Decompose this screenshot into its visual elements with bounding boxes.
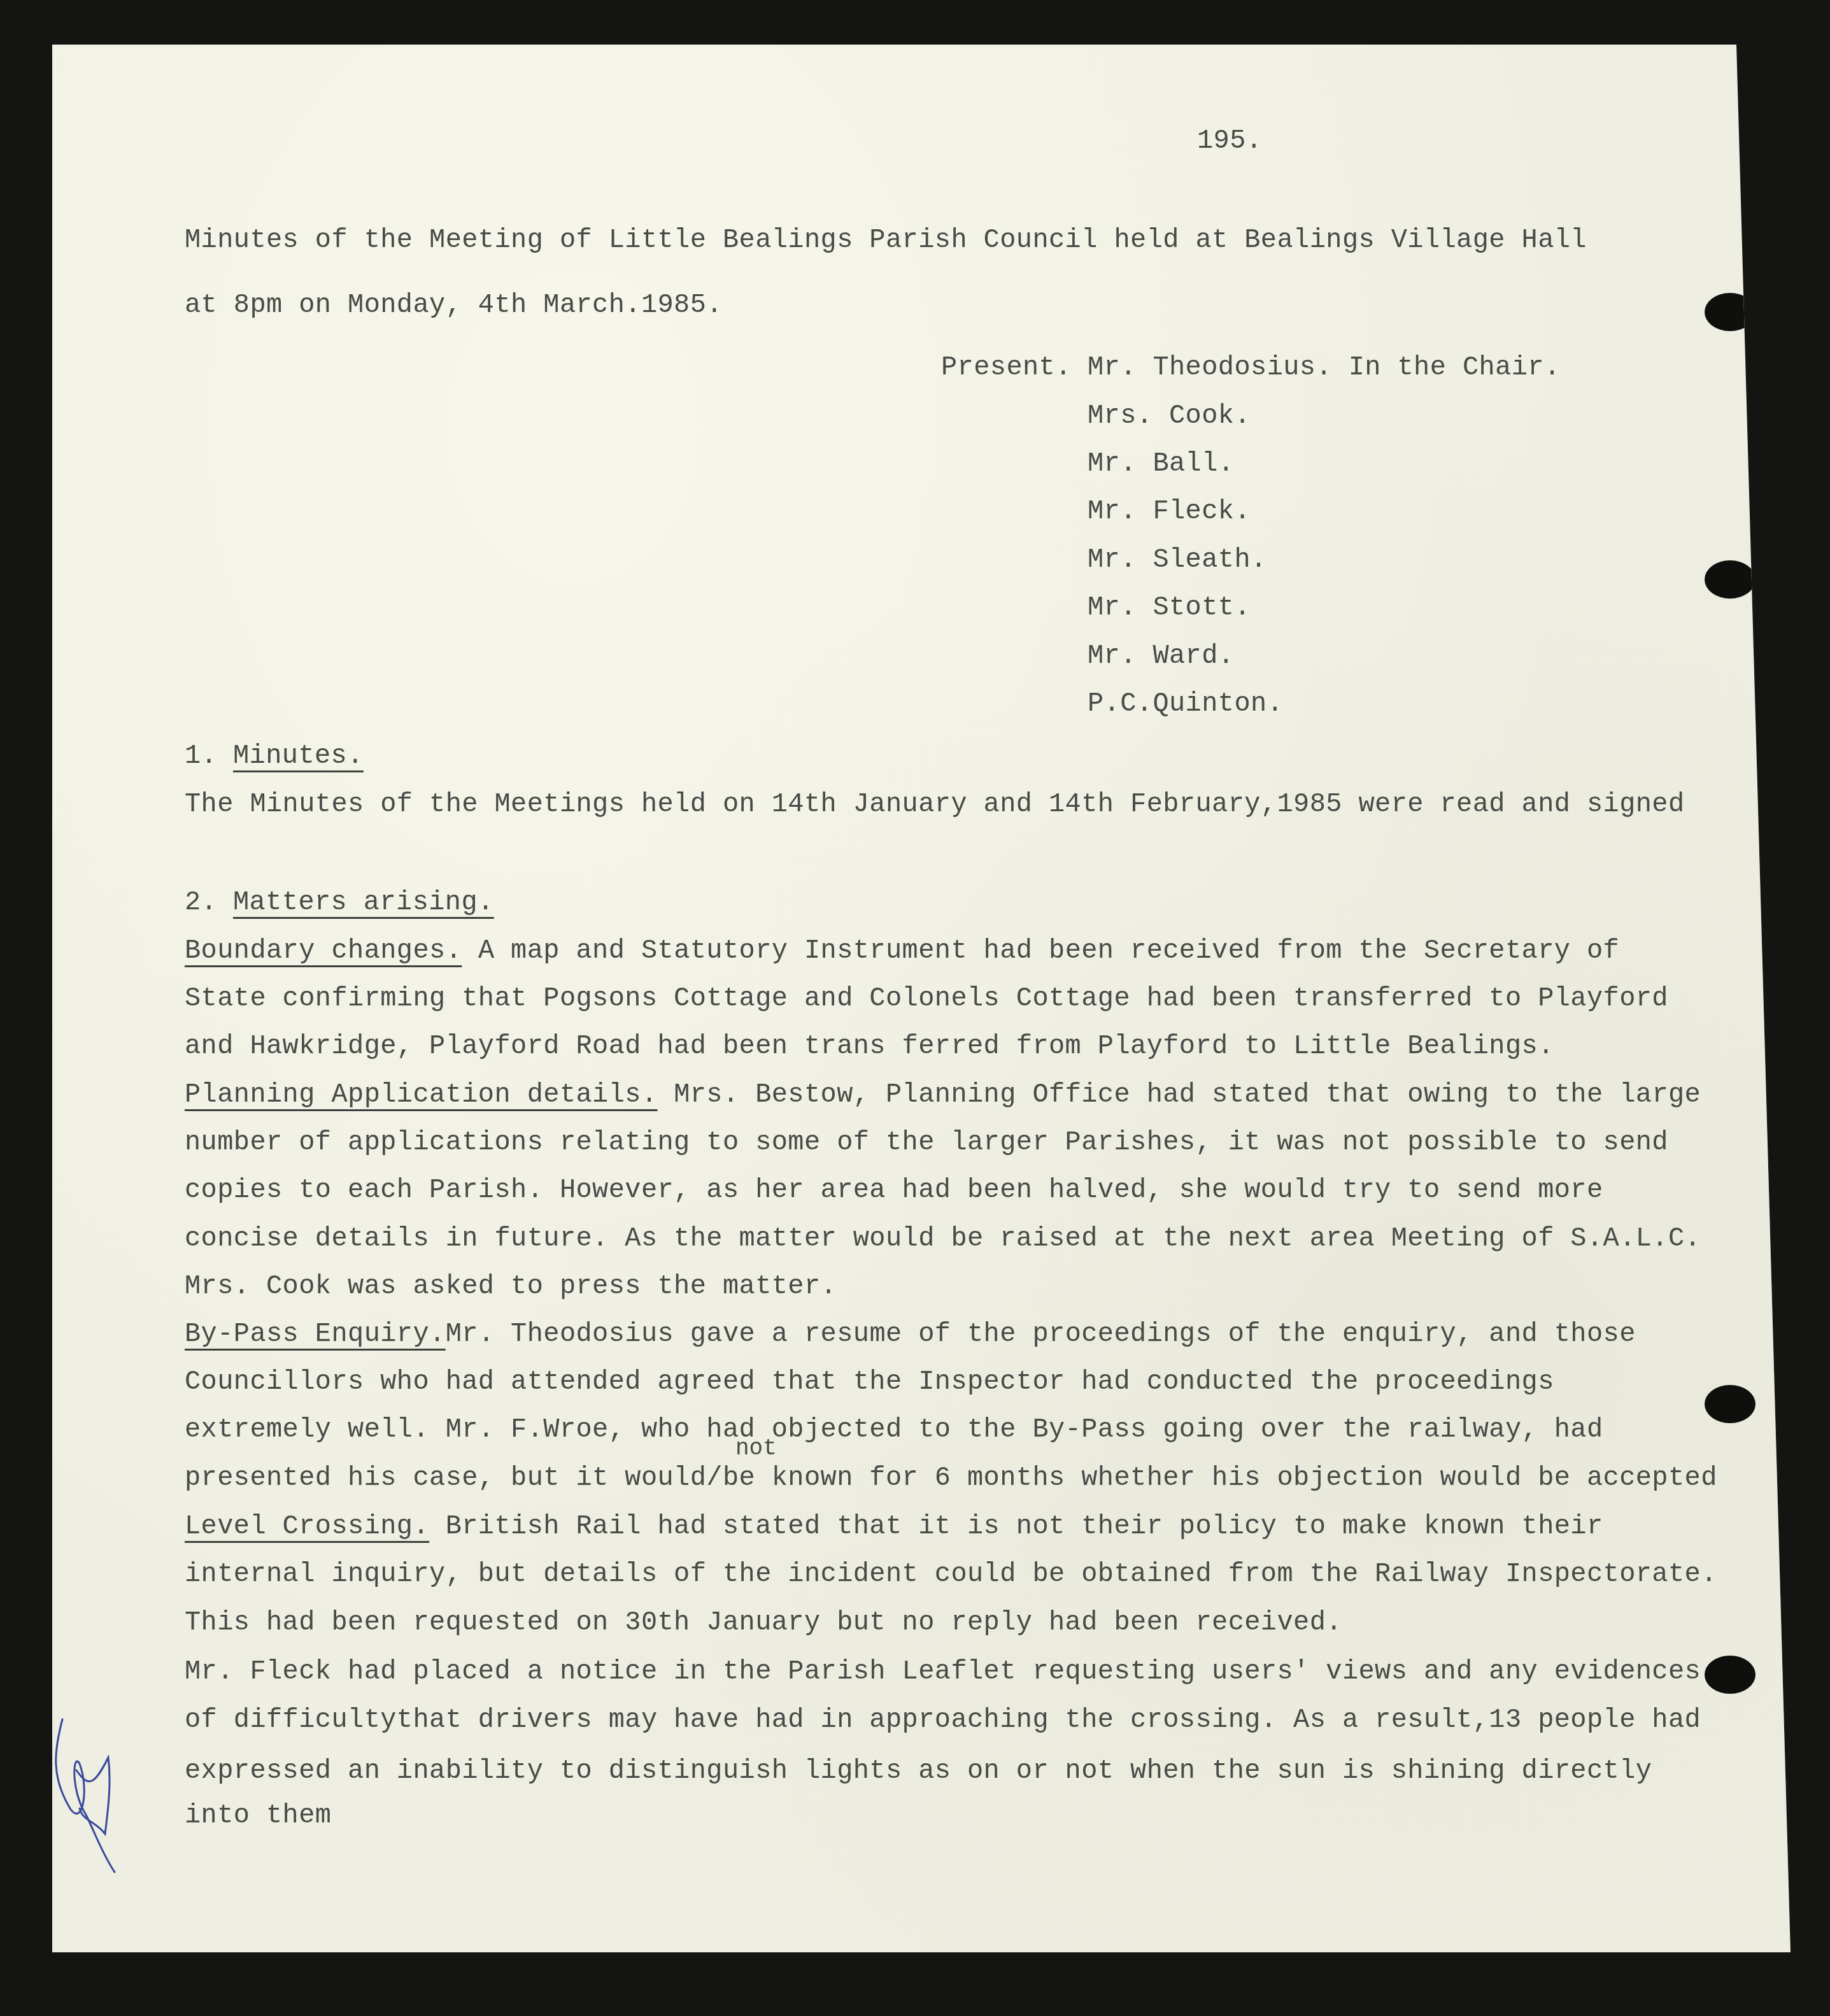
body-line: presented his case, but it would/be know… — [185, 1465, 1717, 1491]
punch-hole — [1705, 1656, 1756, 1694]
title-line-1: Minutes of the Meeting of Little Bealing… — [185, 227, 1587, 253]
body-line: copies to each Parish. However, as her a… — [185, 1177, 1603, 1203]
item-heading-planning: Planning Application details. — [185, 1079, 658, 1110]
section-number: 2. — [185, 889, 217, 916]
section-number: 1. — [185, 742, 217, 769]
body-line: and Hawkridge, Playford Road had been tr… — [185, 1033, 1554, 1060]
level-crossing-line-1: Level Crossing. British Rail had stated … — [185, 1513, 1603, 1540]
punch-hole — [1705, 560, 1756, 599]
handwritten-initials — [51, 1713, 127, 1878]
body-line: State confirming that Pogsons Cottage an… — [185, 985, 1668, 1012]
attendance-member: Mr. Ward. — [1088, 642, 1234, 669]
attendance-member: Mrs. Cook. — [1088, 402, 1251, 429]
item-heading-bypass: By-Pass Enquiry. — [185, 1319, 446, 1349]
section-heading-matters-arising: Matters arising. — [233, 889, 494, 916]
body-text: A map and Statutory Instrument had been … — [462, 935, 1619, 966]
attendance-chair: Mr. Theodosius. In the Chair. — [1088, 354, 1561, 381]
body-line: internal inquiry, but details of the inc… — [185, 1561, 1717, 1587]
body-line: of difficultythat drivers may have had i… — [185, 1707, 1701, 1733]
attendance-label: Present. — [941, 354, 1072, 381]
item-heading-boundary: Boundary changes. — [185, 935, 462, 966]
title-line-2: at 8pm on Monday, 4th March.1985. — [185, 292, 723, 318]
body-text: Mrs. Bestow, Planning Office had stated … — [658, 1079, 1701, 1110]
attendance-member: Mr. Sleath. — [1088, 546, 1267, 573]
body-line: extremely well. Mr. F.Wroe, who had obje… — [185, 1416, 1603, 1443]
attendance-member: Mr. Stott. — [1088, 594, 1251, 621]
body-line: into them — [185, 1802, 331, 1829]
section-heading-minutes: Minutes. — [233, 742, 364, 769]
planning-line-1: Planning Application details. Mrs. Besto… — [185, 1081, 1701, 1108]
body-line: expressed an inability to distinguish li… — [185, 1757, 1652, 1784]
body-line: The Minutes of the Meetings held on 14th… — [185, 791, 1685, 818]
item-heading-level-crossing: Level Crossing. — [185, 1511, 429, 1542]
body-line: number of applications relating to some … — [185, 1129, 1668, 1156]
attendance-member: Mr. Ball. — [1088, 450, 1234, 477]
body-text: Mr. Theodosius gave a resume of the proc… — [446, 1319, 1636, 1349]
body-line: This had been requested on 30th January … — [185, 1609, 1342, 1636]
body-line: Mrs. Cook was asked to press the matter. — [185, 1273, 837, 1300]
body-line: Councillors who had attended agreed that… — [185, 1368, 1554, 1395]
bypass-line-1: By-Pass Enquiry.Mr. Theodosius gave a re… — [185, 1321, 1636, 1347]
body-text: British Rail had stated that it is not t… — [429, 1511, 1603, 1542]
handwritten-insert: not — [735, 1435, 777, 1461]
punch-hole — [1705, 1385, 1756, 1423]
attendance-member: Mr. Fleck. — [1088, 498, 1251, 525]
boundary-line-1: Boundary changes. A map and Statutory In… — [185, 937, 1619, 964]
page-number: 195. — [1197, 127, 1262, 154]
body-line: concise details in future. As the matter… — [185, 1225, 1701, 1252]
body-line: Mr. Fleck had placed a notice in the Par… — [185, 1658, 1701, 1685]
punch-hole — [1705, 293, 1756, 331]
attendance-member: P.C.Quinton. — [1088, 690, 1283, 717]
